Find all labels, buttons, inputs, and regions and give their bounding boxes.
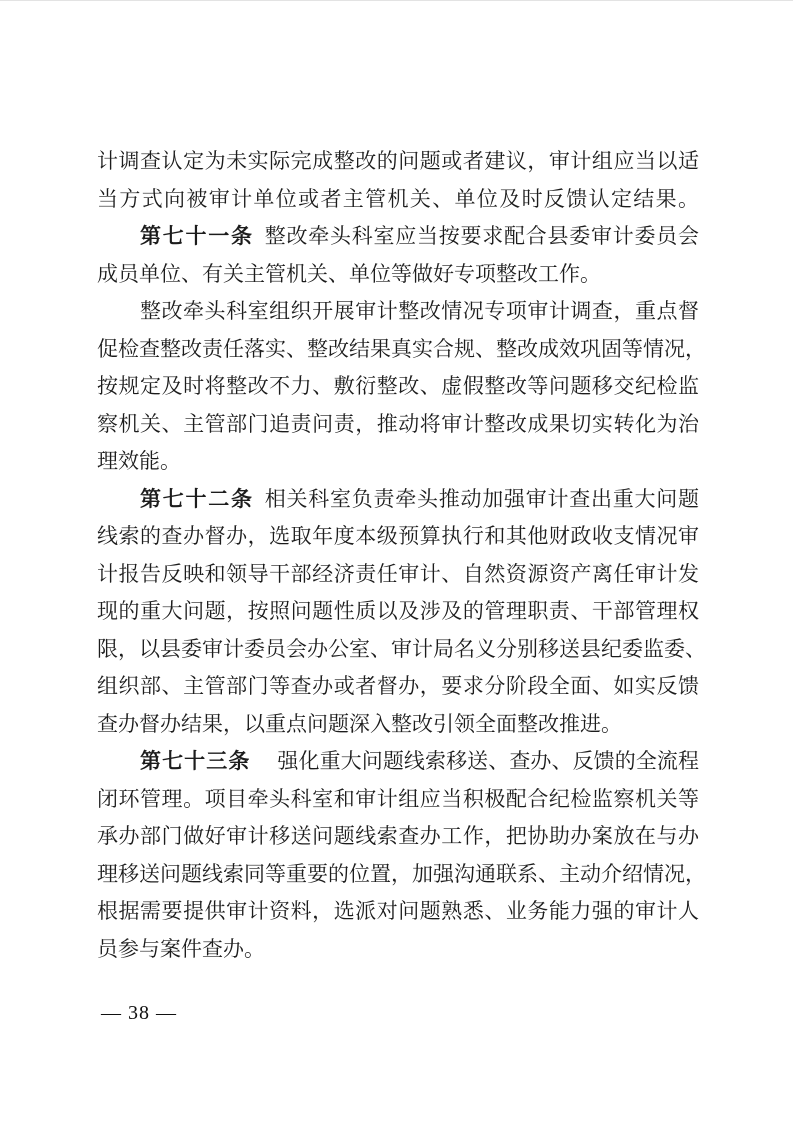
- text-line: 促检查整改责任落实、整改结果真实合规、整改成效巩固等情况，: [97, 331, 699, 369]
- paragraph-article-72: 第七十二条相关科室负责牵头推动加强审计查出重大问题 线索的查办督办，选取年度本级…: [97, 481, 699, 744]
- text-line: 察机关、主管部门追责问责，推动将审计整改成果切实转化为治: [97, 406, 699, 444]
- text-line: 计调查认定为未实际完成整改的问题或者建议，审计组应当以适: [97, 143, 699, 181]
- paragraph-special-investigation: 整改牵头科室组织开展审计整改情况专项审计调查，重点督 促检查整改责任落实、整改结…: [97, 293, 699, 481]
- paragraph-article-73: 第七十三条强化重大问题线索移送、查办、反馈的全流程 闭环管理。项目牵头科室和审计…: [97, 743, 699, 968]
- text-line: 按规定及时将整改不力、敷衍整改、虚假整改等问题移交纪检监: [97, 368, 699, 406]
- document-page: 计调查认定为未实际完成整改的问题或者建议，审计组应当以适 当方式向被审计单位或者…: [0, 0, 793, 1123]
- text-line: 理效能。: [97, 443, 699, 481]
- article-heading: 第七十一条: [140, 225, 254, 248]
- text-line: 限，以县委审计委员会办公室、审计局名义分别移送县纪委监委、: [97, 631, 699, 669]
- paragraph-continuation: 计调查认定为未实际完成整改的问题或者建议，审计组应当以适 当方式向被审计单位或者…: [97, 143, 699, 218]
- text-segment: 整改牵头科室应当按要求配合县委审计委员会: [265, 224, 699, 248]
- text-line: 当方式向被审计单位或者主管机关、单位及时反馈认定结果。: [97, 181, 699, 219]
- text-line: 理移送问题线索同等重要的位置，加强沟通联系、主动介绍情况，: [97, 856, 699, 894]
- text-line: 查办督办结果，以重点问题深入整改引领全面整改推进。: [97, 706, 699, 744]
- text-line: 线索的查办督办，选取年度本级预算执行和其他财政收支情况审: [97, 518, 699, 556]
- text-line: 闭环管理。项目牵头科室和审计组应当积极配合纪检监察机关等: [97, 781, 699, 819]
- text-line: 根据需要提供审计资料，选派对问题熟悉、业务能力强的审计人: [97, 893, 699, 931]
- text-line: 成员单位、有关主管机关、单位等做好专项整改工作。: [97, 256, 699, 294]
- text-line: 现的重大问题，按照问题性质以及涉及的管理职责、干部管理权: [97, 593, 699, 631]
- article-heading: 第七十三条: [140, 750, 250, 773]
- document-body: 计调查认定为未实际完成整改的问题或者建议，审计组应当以适 当方式向被审计单位或者…: [97, 143, 699, 968]
- text-line: 第七十三条强化重大问题线索移送、查办、反馈的全流程: [97, 743, 699, 781]
- text-line: 第七十二条相关科室负责牵头推动加强审计查出重大问题: [97, 481, 699, 519]
- text-line: 计报告反映和领导干部经济责任审计、自然资源资产离任审计发: [97, 556, 699, 594]
- text-segment: 相关科室负责牵头推动加强审计查出重大问题: [265, 487, 699, 511]
- page-number: — 38 —: [101, 998, 177, 1028]
- text-line: 承办部门做好审计移送问题线索查办工作，把协助办案放在与办: [97, 818, 699, 856]
- text-line: 组织部、主管部门等查办或者督办，要求分阶段全面、如实反馈: [97, 668, 699, 706]
- paragraph-article-71: 第七十一条整改牵头科室应当按要求配合县委审计委员会 成员单位、有关主管机关、单位…: [97, 218, 699, 293]
- text-line: 整改牵头科室组织开展审计整改情况专项审计调查，重点督: [97, 293, 699, 331]
- article-heading: 第七十二条: [140, 488, 254, 511]
- text-segment: 强化重大问题线索移送、查办、反馈的全流程: [277, 749, 699, 773]
- text-line: 员参与案件查办。: [97, 931, 699, 969]
- text-line: 第七十一条整改牵头科室应当按要求配合县委审计委员会: [97, 218, 699, 256]
